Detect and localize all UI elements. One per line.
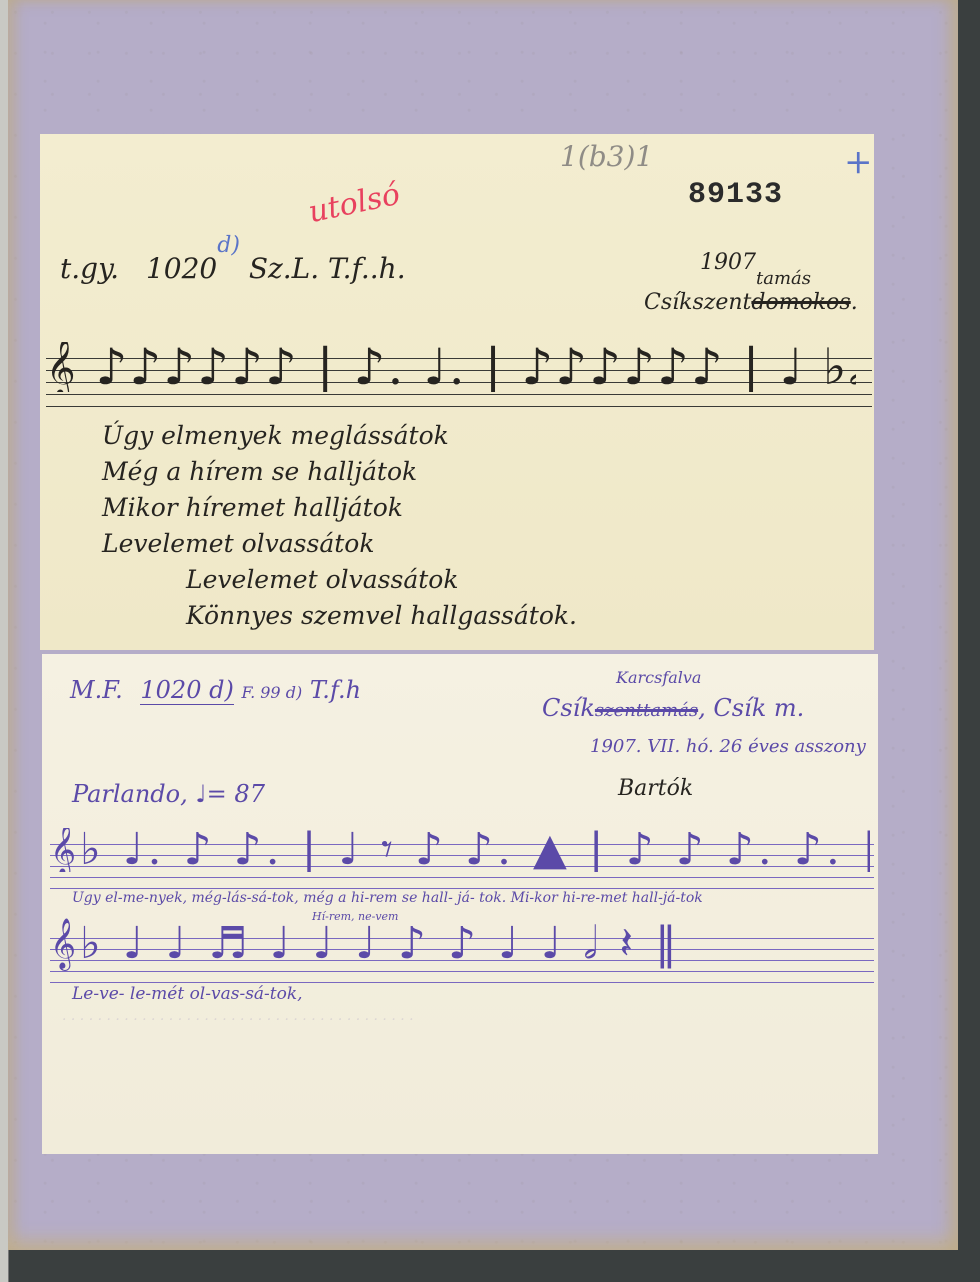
lyrics-block: Úgy elmenyek meglássátok Még a hírem se …	[102, 418, 577, 634]
heading-number: 1020	[146, 252, 217, 285]
place-struck-out: domokos	[751, 290, 850, 315]
collector-signature: Bartók	[618, 776, 693, 801]
year: 1907	[700, 250, 756, 275]
place-name: Csíkszent	[644, 290, 751, 315]
staff-2-lyrics: Le-ve- le-mét ol-vas-sá-tok,	[72, 984, 303, 1004]
heading-suffix: T.f.h	[310, 676, 361, 704]
bottom-manuscript-card: M.F. 1020 d) F. 99 d) T.f.h Karcsfalva C…	[42, 654, 878, 1154]
lyric-line: Mikor híremet halljátok	[102, 490, 577, 526]
place: Csíkszenttamás, Csík m.	[542, 694, 804, 722]
tempo-marking: Parlando, ♩= 87	[72, 780, 265, 808]
notation-staff-2: 𝄞♭ ♩ ♩ ♬ ♩ ♩ ♩ ♪ ♪ ♩ ♩ 𝅗𝅥 𝄽 ‖	[50, 922, 681, 966]
catalog-number-stamp: 89133	[688, 178, 783, 212]
county: , Csík m.	[698, 694, 804, 722]
notation-staff-1: 𝄞♭ ♩. ♪ ♪. | ♩ 𝄾 ♪ ♪. ▲ | ♪ ♪ ♪. ♪. | ♩♩…	[50, 828, 870, 872]
staff-1-lyrics: Ugy el-me-nyek, még-lás-sá-tok, még a hi…	[72, 890, 703, 906]
lyric-line: Levelemet olvassátok	[102, 526, 577, 562]
heading-suffix: Sz.L. T.f..h.	[249, 252, 406, 285]
place: Csíkszentdomokos.	[644, 290, 858, 315]
heading-number: 1020 d)	[140, 676, 233, 705]
heading-prefix: M.F.	[70, 676, 123, 704]
heading-ref: F. 99 d)	[241, 683, 302, 702]
blue-annotation: d)	[217, 233, 240, 258]
card-heading: t.gy. 1020d) Sz.L. T.f..h.	[60, 252, 406, 285]
music-staff-top: 𝄞 ♪♪♪♪♪♪ | ♪. ♩. | ♪♪♪♪♪♪ | ♩ ♭𝅗𝅥 | ♭♪♪♪…	[46, 358, 872, 406]
heading-prefix: t.gy.	[60, 252, 119, 285]
lyric-line: Úgy elmenyek meglássátok	[102, 418, 577, 454]
place-insert: tamás	[756, 268, 811, 289]
date-line: 1907. VII. hó. 26 éves asszony	[590, 736, 866, 757]
music-staff-2: 𝄞♭ ♩ ♩ ♬ ♩ ♩ ♩ ♪ ♪ ♩ ♩ 𝅗𝅥 𝄽 ‖	[50, 938, 874, 982]
top-manuscript-card: 1(b3)1 + utolsó 89133 t.gy. 1020d) Sz.L.…	[40, 134, 874, 650]
place-name: Csík	[542, 694, 595, 722]
card-heading: M.F. 1020 d) F. 99 d) T.f.h	[70, 676, 361, 704]
music-staff-1: 𝄞♭ ♩. ♪ ♪. | ♩ 𝄾 ♪ ♪. ▲ | ♪ ♪ ♪. ♪. | ♩♩…	[50, 844, 874, 888]
place-struck-out: szenttamás	[595, 700, 698, 721]
bleed-through-text: · · · · · · · · · · · · · · · · · · · · …	[62, 1012, 414, 1028]
place-insert: Karcsfalva	[616, 668, 701, 687]
notation-top: 𝄞 ♪♪♪♪♪♪ | ♪. ♩. | ♪♪♪♪♪♪ | ♩ ♭𝅗𝅥 | ♭♪♪♪…	[46, 342, 856, 392]
red-label: utolsó	[305, 177, 403, 230]
lyric-line: Könnyes szemvel hallgassátok.	[102, 598, 577, 634]
pencil-mark: 1(b3)1	[560, 140, 653, 173]
lyric-line: Levelemet olvassátok	[102, 562, 577, 598]
plus-mark: +	[844, 142, 873, 182]
lyric-line: Még a hírem se halljátok	[102, 454, 577, 490]
